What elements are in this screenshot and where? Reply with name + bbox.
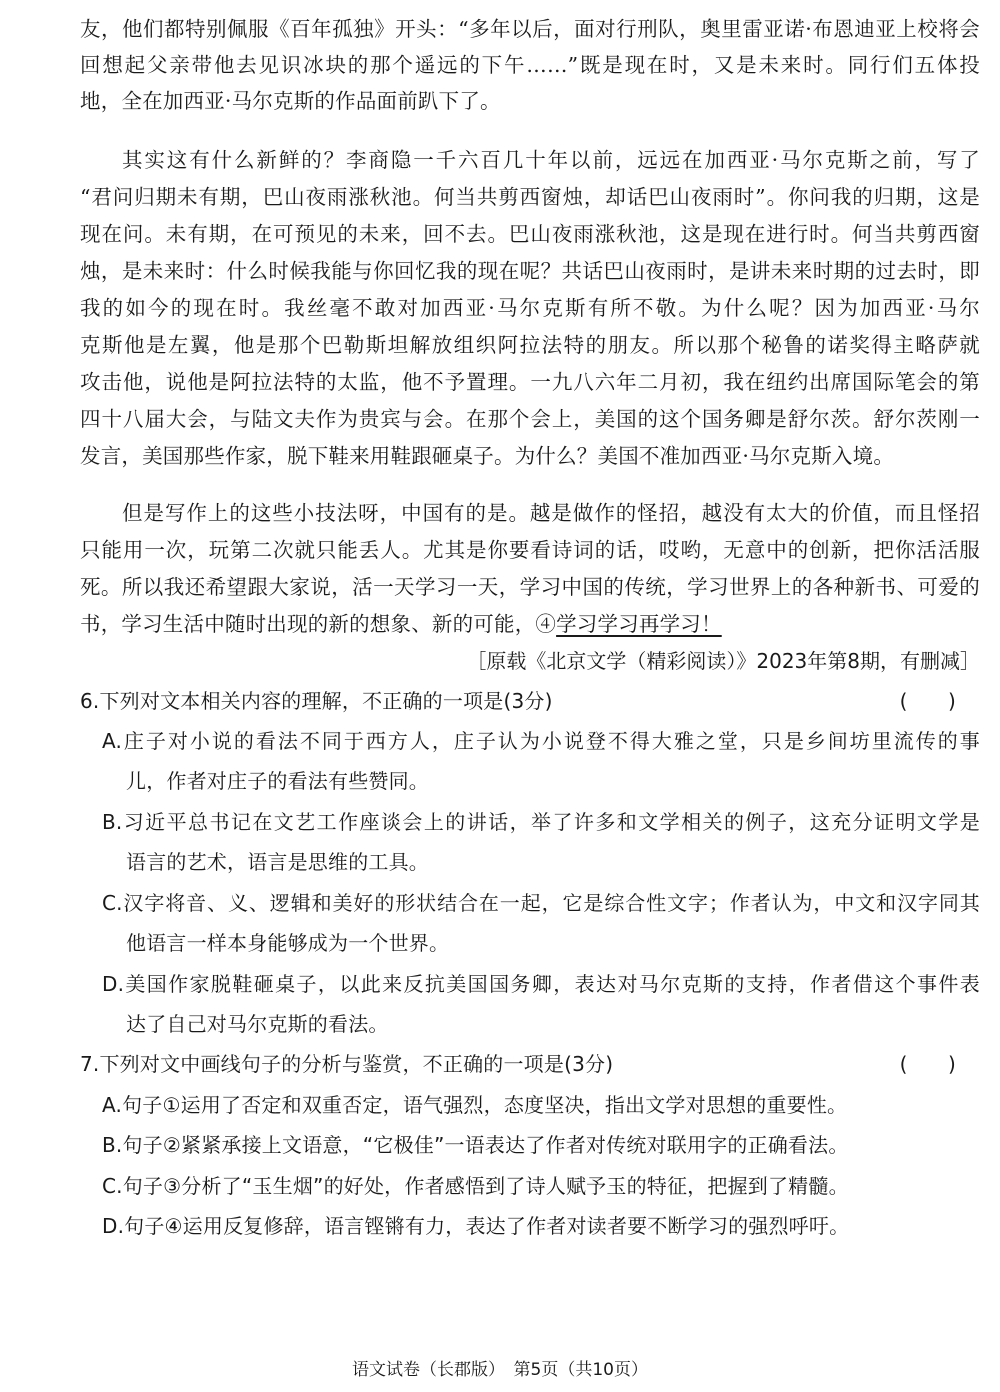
answer-blank[interactable]: ( ) <box>900 686 956 716</box>
question-text: 6.下列对文本相关内容的理解，不正确的一项是(3分) <box>80 689 553 713</box>
passage-line: 书，学习生活中随时出现的新的想象、新的可能，④学习学习再学习！ <box>80 609 980 639</box>
answer-blank[interactable]: ( ) <box>900 1049 956 1079</box>
option-6a-cont: 儿，作者对庄子的看法有些赞同。 <box>126 766 980 796</box>
passage-line: 友，他们都特别佩服《百年孤独》开头：“多年以后，面对行刑队，奥里雷亚诺·布恩迪亚… <box>80 14 980 44</box>
option-7c: C.句子③分析了“玉生烟”的好处，作者感悟到了诗人赋予玉的特征，把握到了精髓。 <box>102 1171 980 1201</box>
option-6a: A.庄子对小说的看法不同于西方人，庄子认为小说登不得大雅之堂，只是乡间坊里流传的… <box>102 726 980 756</box>
passage-line: 克斯他是左翼，他是那个巴勒斯坦解放组织阿拉法特的朋友。所以那个秘鲁的诺奖得主略萨… <box>80 330 980 360</box>
source-citation: ［原载《北京文学（精彩阅读）》2023年第8期，有删减］ <box>466 646 980 676</box>
page-footer: 语文试卷（长郡版） 第5页（共10页） <box>0 1355 1000 1380</box>
option-7b: B.句子②紧紧承接上文语意，“它极佳”一语表达了作者对传统对联用字的正确看法。 <box>102 1130 980 1160</box>
option-6b-cont: 语言的艺术，语言是思维的工具。 <box>126 847 980 877</box>
option-6d: D.美国作家脱鞋砸桌子，以此来反抗美国国务卿，表达对马尔克斯的支持，作者借这个事… <box>102 969 980 999</box>
passage-line: 烛，是未来时：什么时候我能与你回忆我的现在呢？共话巴山夜雨时，是讲未来时期的过去… <box>80 256 980 286</box>
exam-page: 友，他们都特别佩服《百年孤独》开头：“多年以后，面对行刑队，奥里雷亚诺·布恩迪亚… <box>0 0 1000 1392</box>
passage-line: 攻击他，说他是阿拉法特的太监，他不予置理。一九八六年二月初，我在纽约出席国际笔会… <box>80 367 980 397</box>
passage-line: 现在问。未有期，在可预见的未来，回不去。巴山夜雨涨秋池，这是现在进行时。何当共剪… <box>80 219 980 249</box>
passage-line: 其实这有什么新鲜的？李商隐一千六百几十年以前，远远在加西亚·马尔克斯之前，写了 <box>122 145 980 175</box>
option-6b: B.习近平总书记在文艺工作座谈会上的讲话，举了许多和文学相关的例子，这充分证明文… <box>102 807 980 837</box>
passage-line: 只能用一次，玩第二次就只能丢人。尤其是你要看诗词的话，哎哟，无意中的创新，把你活… <box>80 535 980 565</box>
option-6c: C.汉字将音、义、逻辑和美好的形状结合在一起，它是综合性文字；作者认为，中文和汉… <box>102 888 980 918</box>
option-6c-cont: 他语言一样本身能够成为一个世界。 <box>126 928 980 958</box>
passage-line: 四十八届大会，与陆文夫作为贵宾与会。在那个会上，美国的这个国务卿是舒尔茨。舒尔茨… <box>80 404 980 434</box>
passage-line: 回想起父亲带他去见识冰块的那个遥远的下午……”既是现在时，又是未来时。同行们五体… <box>80 50 980 80</box>
option-7a: A.句子①运用了否定和双重否定，语气强烈，态度坚决，指出文学对思想的重要性。 <box>102 1090 980 1120</box>
passage-line: 但是写作上的这些小技法呀，中国有的是。越是做作的怪招，越没有太大的价值，而且怪招 <box>122 498 980 528</box>
underlined-sentence-4: 学习学习再学习！ <box>556 612 722 636</box>
option-6d-cont: 达了自己对马尔克斯的看法。 <box>126 1009 980 1039</box>
question-7-stem: 7.下列对文中画线句子的分析与鉴赏，不正确的一项是(3分) ( ) <box>80 1049 980 1079</box>
passage-line: 发言，美国那些作家，脱下鞋来用鞋跟砸桌子。为什么？美国不准加西亚·马尔克斯入境。 <box>80 441 980 471</box>
passage-line: “君问归期未有期，巴山夜雨涨秋池。何当共剪西窗烛，却话巴山夜雨时”。你问我的归期… <box>80 182 980 212</box>
question-6-stem: 6.下列对文本相关内容的理解，不正确的一项是(3分) ( ) <box>80 686 980 716</box>
question-text: 7.下列对文中画线句子的分析与鉴赏，不正确的一项是(3分) <box>80 1052 613 1076</box>
passage-text: 书，学习生活中随时出现的新的想象、新的可能，④ <box>80 612 556 636</box>
passage-line: 我的如今的现在时。我丝毫不敢对加西亚·马尔克斯有所不敬。为什么呢？因为加西亚·马… <box>80 293 980 323</box>
passage-line: 地，全在加西亚·马尔克斯的作品面前趴下了。 <box>80 86 980 116</box>
passage-line: 死。所以我还希望跟大家说，活一天学习一天，学习中国的传统，学习世界上的各种新书、… <box>80 572 980 602</box>
option-7d: D.句子④运用反复修辞，语言铿锵有力，表达了作者对读者要不断学习的强烈呼吁。 <box>102 1211 980 1241</box>
